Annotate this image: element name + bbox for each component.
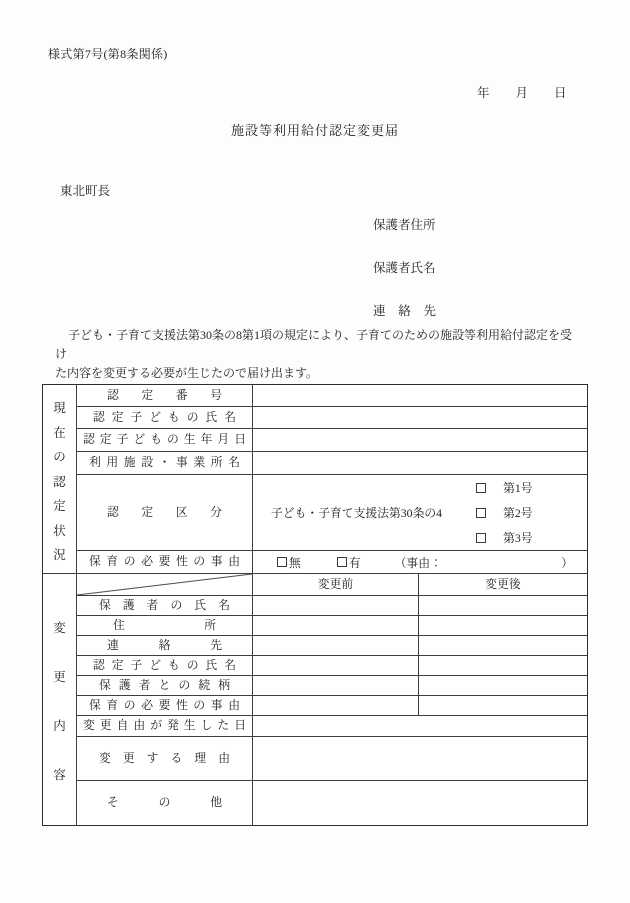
care-need-reason-close: ） bbox=[561, 554, 573, 571]
checkbox-icon bbox=[476, 533, 486, 543]
category-cell: 子ども・子育て支援法第30条の4 第1号 第2号 第3号 bbox=[253, 475, 587, 550]
intro-line-1: 子ども・子育て支援法第30条の8第1項の規定により、子育てのための施設等利用給付… bbox=[55, 326, 579, 364]
before-cell bbox=[253, 696, 419, 715]
after-cell bbox=[419, 656, 587, 675]
after-cell bbox=[419, 596, 587, 615]
table-row: 変更自由が発生した日 bbox=[77, 716, 587, 737]
category-option-2: 第2号 bbox=[476, 504, 533, 521]
date-month-label: 月 bbox=[516, 83, 529, 101]
change-address-label: 住所 bbox=[77, 616, 253, 635]
category-options: 第1号 第2号 第3号 bbox=[476, 479, 533, 546]
current-status-section: 現 在 の 認 定 状 況 認定番号 認定子どもの氏名 認定子どもの生年月日 利… bbox=[43, 385, 587, 573]
other-cell bbox=[253, 781, 587, 825]
before-cell bbox=[253, 636, 419, 655]
page-title: 施設等利用給付認定変更届 bbox=[0, 120, 630, 139]
table-row: 利用施設・事業所名 bbox=[77, 452, 587, 475]
care-need-reason-open: （事由： bbox=[395, 554, 442, 571]
facility-cell bbox=[253, 452, 587, 474]
change-contact-label: 連絡先 bbox=[77, 636, 253, 655]
table-row: 認定子どもの氏名 bbox=[77, 407, 587, 429]
table-row: 認定番号 bbox=[77, 385, 587, 407]
guardian-contact-label: 連絡先 bbox=[373, 301, 436, 319]
checkbox-icon bbox=[476, 508, 486, 518]
before-cell bbox=[253, 616, 419, 635]
child-birth-label: 認定子どもの生年月日 bbox=[77, 429, 253, 451]
form-table: 現 在 の 認 定 状 況 認定番号 認定子どもの氏名 認定子どもの生年月日 利… bbox=[42, 384, 588, 826]
child-name-label: 認定子どもの氏名 bbox=[77, 407, 253, 428]
change-reason-cell bbox=[253, 737, 587, 780]
other-label: その他 bbox=[77, 781, 253, 825]
current-status-vertical-label: 現 在 の 認 定 状 況 bbox=[43, 385, 77, 573]
after-cell bbox=[419, 616, 587, 635]
child-birth-cell bbox=[253, 429, 587, 451]
change-reason-label: 変更する理由 bbox=[77, 737, 253, 780]
change-date-label: 変更自由が発生した日 bbox=[77, 716, 253, 736]
change-guardian-name-label: 保護者の氏名 bbox=[77, 596, 253, 615]
table-row: 変更する理由 bbox=[77, 737, 587, 781]
date-day-label: 日 bbox=[554, 83, 567, 101]
change-care-need-label: 保育の必要性の事由 bbox=[77, 696, 253, 715]
change-child-name-label: 認定子どもの氏名 bbox=[77, 656, 253, 675]
care-need-none-option: 無 bbox=[277, 554, 301, 571]
before-cell bbox=[253, 656, 419, 675]
table-row: 連絡先 bbox=[77, 636, 587, 656]
table-row: 住所 bbox=[77, 616, 587, 636]
intro-line-2: た内容を変更する必要が生じたので届け出ます。 bbox=[55, 364, 579, 383]
after-cell bbox=[419, 636, 587, 655]
table-row: 保護者の氏名 bbox=[77, 596, 587, 616]
facility-label: 利用施設・事業所名 bbox=[77, 452, 253, 474]
addressee: 東北町長 bbox=[60, 181, 110, 199]
form-number: 様式第7号(第8条関係) bbox=[48, 45, 168, 62]
date-line: 年 月 日 bbox=[477, 83, 567, 101]
after-cell bbox=[419, 676, 587, 695]
change-section: 変 更 内 容 変更前 変更後 保護者の氏名 住所 連絡先 bbox=[43, 573, 587, 825]
after-cell bbox=[419, 696, 587, 715]
table-row: 保育の必要性の事由 bbox=[77, 696, 587, 716]
category-option-1: 第1号 bbox=[476, 479, 533, 496]
date-year-label: 年 bbox=[477, 83, 490, 101]
checkbox-icon bbox=[476, 483, 486, 493]
table-row: 認定区分 子ども・子育て支援法第30条の4 第1号 第2号 bbox=[77, 475, 587, 551]
table-row: 保護者との続柄 bbox=[77, 676, 587, 696]
child-name-cell bbox=[253, 407, 587, 428]
col-header-before: 変更前 bbox=[253, 574, 419, 595]
checkbox-icon bbox=[337, 557, 347, 567]
care-need-has-option: 有 bbox=[337, 554, 361, 571]
col-header-after: 変更後 bbox=[419, 574, 587, 595]
cert-number-cell bbox=[253, 385, 587, 406]
table-row: その他 bbox=[77, 781, 587, 825]
change-relationship-label: 保護者との続柄 bbox=[77, 676, 253, 695]
intro-paragraph: 子ども・子育て支援法第30条の8第1項の規定により、子育てのための施設等利用給付… bbox=[55, 326, 579, 383]
guardian-block: 保護者住所 保護者氏名 連絡先 bbox=[373, 215, 436, 344]
change-header-row: 変更前 変更後 bbox=[77, 574, 587, 596]
cert-number-label: 認定番号 bbox=[77, 385, 253, 406]
diagonal-header-cell bbox=[77, 574, 253, 595]
care-need-cell: 無 有 （事由： ） bbox=[253, 551, 587, 573]
table-row: 認定子どもの氏名 bbox=[77, 656, 587, 676]
checkbox-icon bbox=[277, 557, 287, 567]
before-cell bbox=[253, 676, 419, 695]
guardian-address-label: 保護者住所 bbox=[373, 215, 436, 228]
table-row: 保育の必要性の事由 無 有 （事由： ） bbox=[77, 551, 587, 573]
category-label: 認定区分 bbox=[77, 475, 253, 550]
before-cell bbox=[253, 596, 419, 615]
table-row: 認定子どもの生年月日 bbox=[77, 429, 587, 452]
category-law-text: 子ども・子育て支援法第30条の4 bbox=[271, 504, 442, 521]
category-option-3: 第3号 bbox=[476, 529, 533, 546]
change-date-cell bbox=[253, 716, 587, 736]
care-need-label: 保育の必要性の事由 bbox=[77, 551, 253, 573]
change-vertical-label: 変 更 内 容 bbox=[43, 574, 77, 825]
guardian-name-label: 保護者氏名 bbox=[373, 258, 436, 271]
